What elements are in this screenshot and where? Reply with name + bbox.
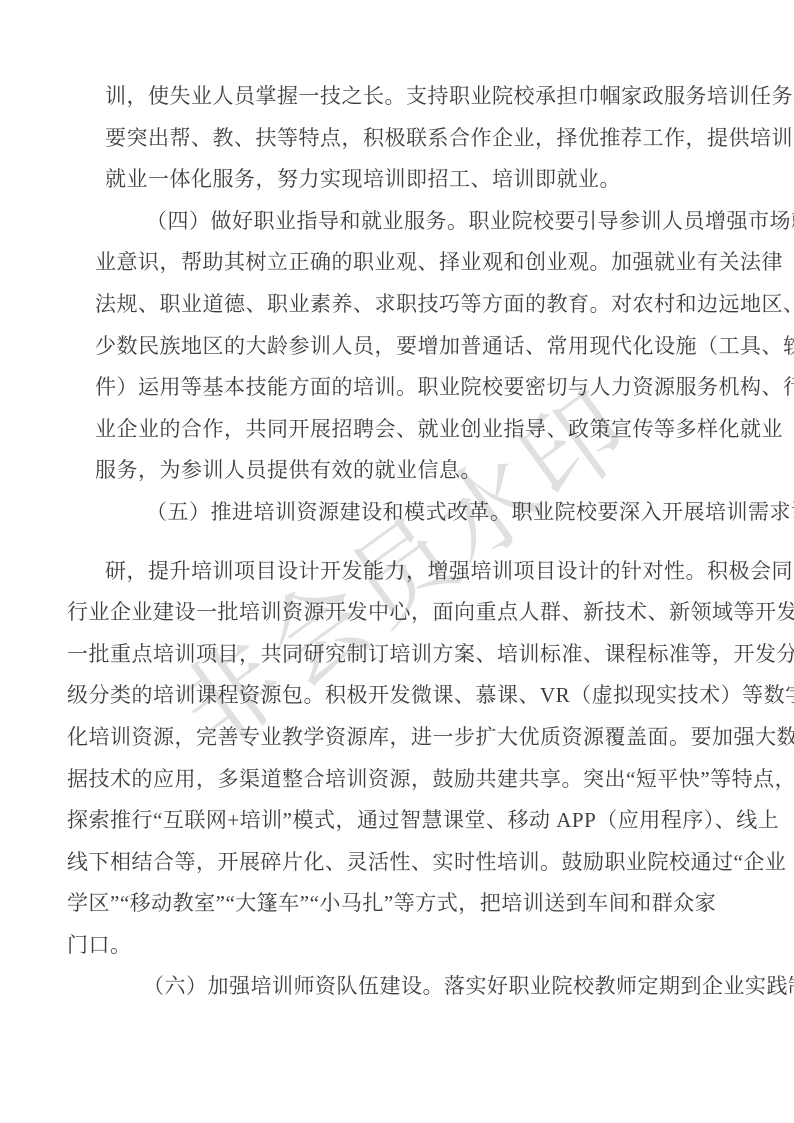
document-line: 学区”“移动教室”“大篷车”“小马扎”等方式，把培训送到车间和群众家 (0, 883, 794, 925)
document-line: 研，提升培训项目设计开发能力，增强培训项目设计的针对性。积极会同 (0, 551, 794, 593)
document-line: 行业企业建设一批培训资源开发中心，面向重点人群、新技术、新领域等开发 (0, 592, 794, 634)
document-line: 门口。 (0, 925, 794, 967)
document-line: 训，使失业人员掌握一技之长。支持职业院校承担巾帼家政服务培训任务。 (0, 76, 794, 118)
document-body: 训，使失业人员掌握一技之长。支持职业院校承担巾帼家政服务培训任务。 要突出帮、教… (0, 76, 794, 1008)
document-line: 探索推行“互联网+培训”模式，通过智慧课堂、移动 APP（应用程序）、线上 (0, 800, 794, 842)
document-line: 件）运用等基本技能方面的培训。职业院校要密切与人力资源服务机构、行 (0, 367, 794, 409)
paragraph-start-line: （四）做好职业指导和就业服务。职业院校要引导参训人员增强市场就 (0, 201, 794, 243)
document-line: 少数民族地区的大龄参训人员，要增加普通话、常用现代化设施（工具、软 (0, 326, 794, 368)
document-line: 要突出帮、教、扶等特点，积极联系合作企业，择优推荐工作，提供培训 (0, 118, 794, 160)
document-line: 一批重点培训项目，共同研究制订培训方案、培训标准、课程标准等，开发分 (0, 634, 794, 676)
paragraph-start-line: （六）加强培训师资队伍建设。落实好职业院校教师定期到企业实践制 (0, 966, 794, 1008)
document-line: 服务，为参训人员提供有效的就业信息。 (0, 450, 794, 492)
document-line: 级分类的培训课程资源包。积极开发微课、慕课、VR（虚拟现实技术）等数字 (0, 675, 794, 717)
paragraph-start-line: （五）推进培训资源建设和模式改革。职业院校要深入开展培训需求调 (0, 492, 794, 534)
document-line: 化培训资源，完善专业教学资源库，进一步扩大优质资源覆盖面。要加强大数 (0, 717, 794, 759)
document-line: 就业一体化服务，努力实现培训即招工、培训即就业。 (0, 159, 794, 201)
document-line: 据技术的应用，多渠道整合培训资源，鼓励共建共享。突出“短平快”等特点， (0, 759, 794, 801)
document-line: 业企业的合作，共同开展招聘会、就业创业指导、政策宣传等多样化就业 (0, 409, 794, 451)
document-line: 法规、职业道德、职业素养、求职技巧等方面的教育。对农村和边远地区、 (0, 284, 794, 326)
document-line: 线下相结合等，开展碎片化、灵活性、实时性培训。鼓励职业院校通过“企业 (0, 842, 794, 884)
document-page: 非会员水印 训，使失业人员掌握一技之长。支持职业院校承担巾帼家政服务培训任务。 … (0, 0, 794, 1123)
document-line: 业意识，帮助其树立正确的职业观、择业观和创业观。加强就业有关法律 (0, 242, 794, 284)
